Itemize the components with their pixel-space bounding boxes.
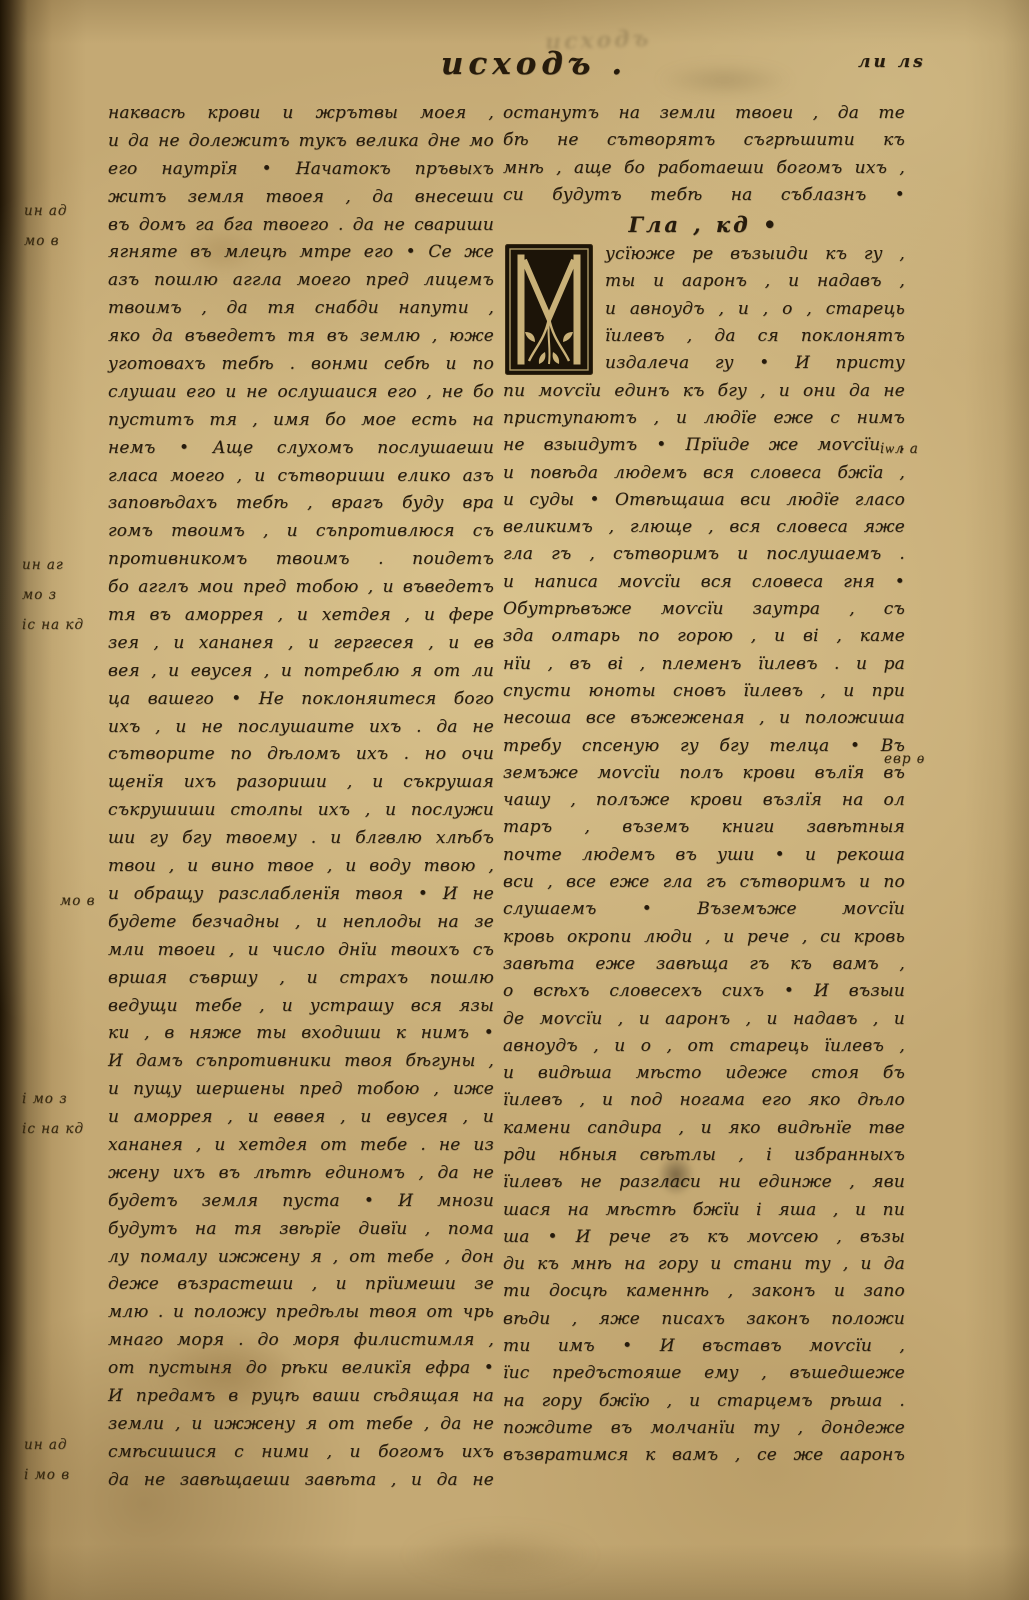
scanned-book-page: исходъ исходъ . ли лѕ наквасѣ крови и жр… [0, 0, 1029, 1600]
text-line: заповѣдахъ тебѣ , врагъ буду вра [108, 490, 494, 518]
text-line: и видѣша мѣсто идеже стоя бъ [503, 1060, 905, 1087]
text-line: завѣта еже завѣща гъ къ вамъ , [503, 951, 905, 978]
text-line: слушаи его и не ослушаися его , не бо [108, 379, 494, 407]
text-line: гомъ твоимъ , и съпротивлюся съ [108, 518, 494, 546]
text-line: авноудъ , и о , от старець їилевъ , [503, 1033, 905, 1060]
text-line: сътворите по дѣломъ ихъ . но очи [108, 741, 494, 769]
paper-stain [640, 60, 810, 100]
text-line: уготовахъ тебѣ . вонми себѣ и по [108, 351, 494, 379]
text-line: И дамъ съпротивники твоя бѣгуны , [108, 1048, 494, 1076]
margin-note-reference: ин агмо зіс на кд [22, 550, 84, 640]
text-line: їилевъ не разгласи ни единже , яви [503, 1169, 905, 1196]
margin-note-reference: іѡл а [880, 434, 919, 464]
text-line: пи моѵсїи единъ къ бгу , и они да не [503, 378, 905, 405]
text-line: несоша все въжеженая , и положиша [503, 705, 905, 732]
margin-note-line: мо з [22, 580, 84, 610]
text-line: деже възрастеши , и прїимеши зе [108, 1271, 494, 1299]
text-line: и обращу разслабленїя твоя • И не [108, 881, 494, 909]
margin-note-line: мо в [60, 886, 95, 916]
text-line: ца вашего • Не поклоняитеся бого [108, 686, 494, 714]
text-line: гласа моего , и сътвориши елико азъ [108, 463, 494, 491]
text-line: требу спсеную гу бгу телца • Въ [503, 733, 905, 760]
text-line: вршая съвршу , и страхъ пошлю [108, 965, 494, 993]
text-line: будутъ на тя звѣрїе дивїи , пома [108, 1216, 494, 1244]
text-line: твоимъ , да тя снабди напути , [108, 295, 494, 323]
text-line: кровь окропи люди , и рече , си кровь [503, 924, 905, 951]
text-line: ведущи тебе , и устрашу вся язы [108, 993, 494, 1021]
text-line: почте людемъ въ уши • и рекоша [503, 842, 905, 869]
text-line: ша • И рече гъ къ моѵсею , възы [503, 1224, 905, 1251]
text-line: от пустыня до рѣки великїя ефра • [108, 1355, 494, 1383]
paper-stain [380, 1520, 620, 1590]
margin-note-line: евр ѳ [884, 744, 925, 774]
margin-note-line: ин аг [22, 550, 84, 580]
text-line: хананея , и хетдея от тебе . не из [108, 1132, 494, 1160]
text-line: вея , и евусея , и потреблю я от ли [108, 658, 494, 686]
margin-note-reference: евр ѳ [884, 744, 925, 774]
text-line: съкрушиши столпы ихъ , и послужи [108, 797, 494, 825]
chapter-body: усїюже ре възыиди къ гу ,ты и ааронъ , и… [503, 241, 905, 1469]
text-line: будете безчадны , и неплоды на зе [108, 909, 494, 937]
text-line: великимъ , глюще , вся словеса яже [503, 514, 905, 541]
margin-note-line: іс на кд [22, 610, 84, 640]
text-line: твои , и вино твое , и воду твою , [108, 853, 494, 881]
margin-note-line: і мо з [22, 1084, 84, 1114]
text-line: спусти юноты сновъ їилевъ , и при [503, 678, 905, 705]
margin-note-line: і мо в [24, 1460, 70, 1490]
chapter-heading: Гла , кд • [503, 209, 905, 241]
left-text-column: наквасѣ крови и жрътвы моея ,и да не дол… [108, 100, 494, 1495]
text-line: азъ пошлю аггла моего пред лицемъ [108, 267, 494, 295]
text-line: противникомъ твоимъ . поидетъ [108, 546, 494, 574]
text-line: ти имъ • И въставъ моѵсїи , [503, 1333, 905, 1360]
text-line: щенїя ихъ разориши , и съкрушая [108, 769, 494, 797]
text-line: пуститъ тя , имя бо мое есть на [108, 407, 494, 435]
text-line: останутъ на земли твоеи , да те [503, 100, 905, 127]
text-line: мнѣ , аще бо работаеши богомъ ихъ , [503, 155, 905, 182]
margin-note-line: ин ад [24, 1430, 70, 1460]
text-line: ши гу бгу твоему . и блгвлю хлѣбъ [108, 825, 494, 853]
text-line: не взыидутъ • Прїиде же моѵсїи , [503, 432, 905, 459]
text-line: будетъ земля пуста • И мнози [108, 1188, 494, 1216]
margin-note-line: ин ад [24, 196, 67, 226]
running-title: исходъ . [404, 46, 664, 82]
text-line: ягняте въ млецѣ мтре его • Се же [108, 239, 494, 267]
text-line: и да не долежитъ тукъ велика дне мо [108, 128, 494, 156]
text-line: зда олтарь по горою , и ві , каме [503, 623, 905, 650]
text-line: и аморрея , и еввея , и евусея , и [108, 1104, 494, 1132]
text-line: мли твоеи , и число днїи твоихъ съ [108, 937, 494, 965]
text-line: его наутрїя • Начатокъ пръвыхъ [108, 156, 494, 184]
margin-note-reference: ин аді мо в [24, 1430, 70, 1490]
text-line: въ домъ га бга твоего . да не свариши [108, 212, 494, 240]
woodcut-initial-M [505, 244, 593, 375]
margin-note-reference: і мо зіс на кд [22, 1084, 84, 1144]
text-line: на гору бжїю , и старцемъ рѣша . [503, 1388, 905, 1415]
text-line: слушаемъ • Въземъже моѵсїи [503, 896, 905, 923]
folio-number: ли лѕ [858, 52, 1008, 72]
text-line: їис предъстояше ему , въшедшеже [503, 1360, 905, 1387]
text-line: И предамъ в руцѣ ваши сѣдящая на [108, 1383, 494, 1411]
text-line: наквасѣ крови и жрътвы моея , [108, 100, 494, 128]
right-text-column: останутъ на земли твоеи , да тебѣ не сът… [503, 100, 905, 1470]
text-line: и повѣда людемъ вся словеса бжїа , [503, 460, 905, 487]
text-line: мнаго моря . до моря филистимля , [108, 1327, 494, 1355]
text-line: лу помалу ижжену я , от тебе , дон [108, 1244, 494, 1272]
text-line: їилевъ , и под ногама его яко дѣло [503, 1087, 905, 1114]
text-line: млю . и положу предѣлы твоя от чрь [108, 1299, 494, 1327]
text-line: рди нбныя свѣтлы , і избранныхъ [503, 1142, 905, 1169]
text-line: смѣсишися с ними , и богомъ ихъ [108, 1439, 494, 1467]
text-line: тя въ аморрея , и хетдея , и фере [108, 602, 494, 630]
text-line: Обутрѣвъже моѵсїи заутра , съ [503, 596, 905, 623]
text-line: земъже моѵсїи полъ крови вълїя въ [503, 760, 905, 787]
margin-note-line: мо в [24, 226, 67, 256]
text-line: бѣ не сътворятъ съгрѣшити къ [503, 127, 905, 154]
text-line: шася на мѣстѣ бжїи і яша , и пи [503, 1197, 905, 1224]
text-line: пождите въ молчанїи ту , дондеже [503, 1415, 905, 1442]
margin-note-reference: мо в [60, 886, 95, 916]
text-line: гла гъ , сътворимъ и послушаемъ . [503, 541, 905, 568]
text-line: си будутъ тебѣ на съблазнъ • [503, 182, 905, 209]
text-line: и пущу шершены пред тобою , иже [108, 1076, 494, 1104]
text-line: жену ихъ въ лѣтѣ единомъ , да не [108, 1160, 494, 1188]
text-line: вси , все еже гла гъ сътворимъ и по [503, 869, 905, 896]
text-line: яко да въведетъ тя въ землю , юже [108, 323, 494, 351]
text-line: зея , и хананея , и гергесея , и ев [108, 630, 494, 658]
text-line: таръ , въземъ книги завѣтныя [503, 814, 905, 841]
text-line: и написа моѵсїи вся словеса гня • [503, 569, 905, 596]
text-line: ихъ , и не послушаите ихъ . да не [108, 714, 494, 742]
text-line: бо агглъ мои пред тобою , и въведетъ [108, 574, 494, 602]
text-line: нїи , въ ві , племенъ їилевъ . и ра [503, 651, 905, 678]
text-line: земли , и ижжену я от тебе , да не [108, 1411, 494, 1439]
text-line: чашу , полъже крови възлїя на ол [503, 787, 905, 814]
text-line: о всѣхъ словесехъ сихъ • И възыи [503, 978, 905, 1005]
margin-note-line: іс на кд [22, 1114, 84, 1144]
text-line: и суды • Отвѣщаша вси людїе гласо [503, 487, 905, 514]
text-line: да не завѣщаеши завѣта , и да не [108, 1467, 494, 1495]
margin-note-reference: ин адмо в [24, 196, 67, 256]
text-line: камени сапдира , и яко видѣнїе тве [503, 1115, 905, 1142]
text-line: ки , в няже ты входиши к нимъ • [108, 1020, 494, 1048]
text-line: възвратимся к вамъ , се же ааронъ [503, 1442, 905, 1469]
text-line: вѣди , яже писахъ законъ положи [503, 1306, 905, 1333]
text-line: житъ земля твоея , да внесеши [108, 184, 494, 212]
text-line: приступаютъ , и людїе еже с нимъ [503, 405, 905, 432]
text-line: де моѵсїи , и ааронъ , и надавъ , и [503, 1006, 905, 1033]
text-line: ди къ мнѣ на гору и стани ту , и да [503, 1251, 905, 1278]
text-line: немъ • Аще слухомъ послушаеши [108, 435, 494, 463]
text-line: ти досцѣ каменнѣ , законъ и запо [503, 1278, 905, 1305]
margin-note-line: іѡл а [880, 434, 919, 464]
